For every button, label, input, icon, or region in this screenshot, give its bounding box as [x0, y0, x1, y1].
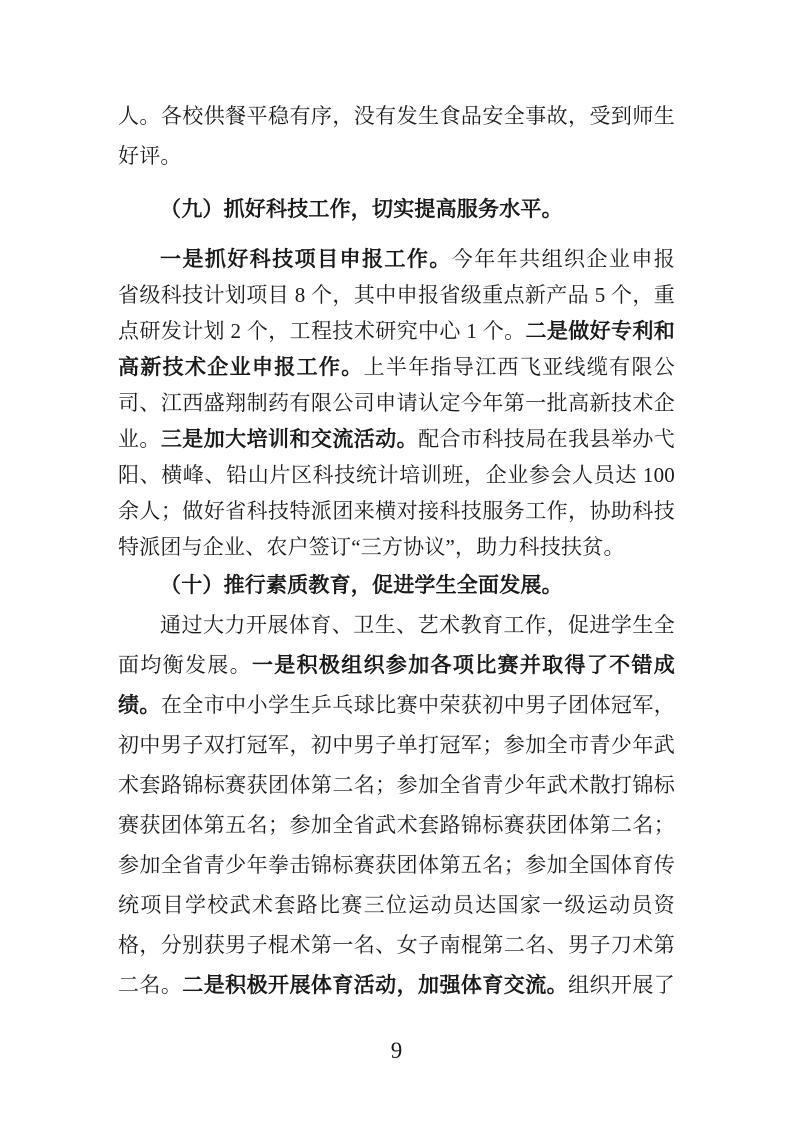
- text-line: 阳、横峰、铅山片区科技统计培训班，企业参会人员达 100: [118, 457, 675, 493]
- text-line: 人。各校供餐平稳有序，没有发生食品安全事故，受到师生: [118, 96, 675, 136]
- text-line: 初中男子双打冠军，初中男子单打冠军；参加全市青少年武: [118, 725, 675, 765]
- para-canteen-service: 人。各校供餐平稳有序，没有发生食品安全事故，受到师生好评。: [118, 96, 675, 176]
- text-line: （十）推行素质教育，促进学生全面发展。: [118, 565, 675, 605]
- page-number: 9: [0, 1038, 793, 1064]
- text-line: 二名。二是积极开展体育活动，加强体育交流。组织开展了: [118, 965, 675, 1005]
- text-line: （九）抓好科技工作，切实提高服务水平。: [118, 189, 675, 229]
- text-line: 好评。: [118, 136, 675, 176]
- text-line: 余人；做好省科技特派团来横对接科技服务工作，协助科技: [118, 493, 675, 529]
- text-line: 业。三是加大培训和交流活动。配合市科技局在我县举办弋: [118, 421, 675, 457]
- text-line: 赛获团体第五名；参加全省武术套路锦标赛获团体第二名；: [118, 805, 675, 845]
- text-run: 特派团与企业、农户签订“三方协议”，助力科技扶贫。: [118, 535, 625, 559]
- text-line: 面均衡发展。一是积极组织参加各项比赛并取得了不错成: [118, 645, 675, 685]
- document-page: 人。各校供餐平稳有序，没有发生食品安全事故，受到师生好评。（九）抓好科技工作，切…: [0, 0, 793, 1122]
- text-run: 配合市科技局在我县举办弋: [418, 427, 675, 451]
- text-run: 好评。: [118, 144, 182, 168]
- text-run: 业。: [118, 427, 161, 451]
- text-run: 阳、横峰、铅山片区科技统计培训班，企业参会人员达 100: [118, 463, 675, 487]
- text-line: 特派团与企业、农户签订“三方协议”，助力科技扶贫。: [118, 529, 675, 565]
- text-run: 面均衡发展。: [118, 653, 252, 677]
- heading-section-9: （九）抓好科技工作，切实提高服务水平。: [118, 189, 675, 229]
- text-run: 赛获团体第五名；参加全省武术套路锦标赛获团体第二名；: [118, 813, 675, 837]
- bold-text-run: 一是抓好科技项目申报工作。: [160, 247, 452, 271]
- text-line: 绩。在全市中小学生乒乓球比赛中荣获初中男子团体冠军，: [118, 685, 675, 725]
- text-line: 格，分别获男子棍术第一名、女子南棍第二名、男子刀术第: [118, 925, 675, 965]
- document-content: 人。各校供餐平稳有序，没有发生食品安全事故，受到师生好评。（九）抓好科技工作，切…: [118, 96, 675, 1005]
- text-line: 参加全省青少年拳击锦标赛获团体第五名；参加全国体育传: [118, 845, 675, 885]
- text-run: 余人；做好省科技特派团来横对接科技服务工作，协助科技: [118, 499, 675, 523]
- text-run: 上半年指导江西飞亚线缆有限公: [364, 355, 675, 379]
- text-run: 省级科技计划项目 8 个，其中申报省级重点新产品 5 个，重: [118, 283, 675, 307]
- para-science-tech-work: 一是抓好科技项目申报工作。今年年共组织企业申报省级科技计划项目 8 个，其中申报…: [118, 241, 675, 565]
- bold-text-run: 高新技术企业申报工作。: [118, 355, 364, 379]
- text-run: 通过大力开展体育、卫生、艺术教育工作，促进学生全: [160, 613, 675, 637]
- text-run: 格，分别获男子棍术第一名、女子南棍第二名、男子刀术第: [118, 933, 675, 957]
- bold-text-run: 绩。: [118, 693, 161, 717]
- text-run: 今年年共组织企业申报: [452, 247, 675, 271]
- text-line: 一是抓好科技项目申报工作。今年年共组织企业申报: [118, 241, 675, 277]
- para-quality-education: 通过大力开展体育、卫生、艺术教育工作，促进学生全面均衡发展。一是积极组织参加各项…: [118, 605, 675, 1005]
- text-line: 统项目学校武术套路比赛三位运动员达国家一级运动员资: [118, 885, 675, 925]
- text-run: 在全市中小学生乒乓球比赛中荣获初中男子团体冠军，: [161, 693, 675, 717]
- text-run: 术套路锦标赛获团体第二名；参加全省青少年武术散打锦标: [118, 773, 675, 797]
- bold-text-run: （十）推行素质教育，促进学生全面发展。: [160, 573, 563, 597]
- text-line: 高新技术企业申报工作。上半年指导江西飞亚线缆有限公: [118, 349, 675, 385]
- text-run: 统项目学校武术套路比赛三位运动员达国家一级运动员资: [118, 893, 675, 917]
- text-run: 人。各校供餐平稳有序，没有发生食品安全事故，受到师生: [118, 104, 675, 128]
- text-run: 司、江西盛翔制药有限公司申请认定今年第一批高新技术企: [118, 391, 675, 415]
- text-line: 点研发计划 2 个，工程技术研究中心 1 个。二是做好专利和: [118, 313, 675, 349]
- bold-text-run: 一是积极组织参加各项比赛并取得了不错成: [252, 653, 675, 677]
- bold-text-run: （九）抓好科技工作，切实提高服务水平。: [160, 197, 563, 221]
- text-run: 初中男子双打冠军，初中男子单打冠军；参加全市青少年武: [118, 733, 675, 757]
- text-line: 司、江西盛翔制药有限公司申请认定今年第一批高新技术企: [118, 385, 675, 421]
- heading-section-10: （十）推行素质教育，促进学生全面发展。: [118, 565, 675, 605]
- text-run: 点研发计划 2 个，工程技术研究中心 1 个。: [118, 319, 525, 343]
- text-run: 参加全省青少年拳击锦标赛获团体第五名；参加全国体育传: [118, 853, 675, 877]
- text-line: 术套路锦标赛获团体第二名；参加全省青少年武术散打锦标: [118, 765, 675, 805]
- text-line: 通过大力开展体育、卫生、艺术教育工作，促进学生全: [118, 605, 675, 645]
- bold-text-run: 三是加大培训和交流活动。: [161, 427, 418, 451]
- text-run: 二名。: [118, 973, 182, 997]
- bold-text-run: 二是做好专利和: [525, 319, 675, 343]
- bold-text-run: 二是积极开展体育活动，加强体育交流。: [182, 973, 568, 997]
- text-line: 省级科技计划项目 8 个，其中申报省级重点新产品 5 个，重: [118, 277, 675, 313]
- text-run: 组织开展了: [568, 973, 675, 997]
